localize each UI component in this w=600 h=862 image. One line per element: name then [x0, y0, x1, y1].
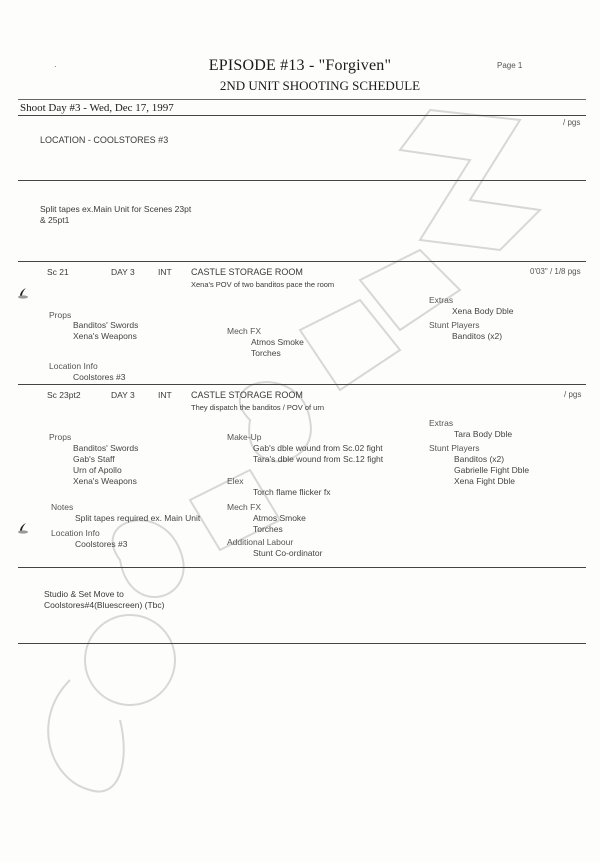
- scene-number: Sc 21: [47, 267, 69, 277]
- extras-label: Extras: [429, 295, 453, 305]
- mech-fx-item: Torches: [251, 348, 281, 358]
- make-up-item: Tara's dble wound from Sc.12 fight: [253, 454, 383, 464]
- split-tapes-note-line-1: Split tapes ex.Main Unit for Scenes 23pt: [40, 204, 191, 214]
- stunt-players-label: Stunt Players: [429, 443, 480, 453]
- scene-int-ext: INT: [158, 390, 172, 400]
- set-move-line-2: Coolstores#4(Bluescreen) (Tbc): [44, 600, 164, 610]
- divider: [18, 384, 586, 385]
- page-number: Page 1: [497, 61, 522, 70]
- extras-item: Tara Body Dble: [454, 429, 512, 439]
- stunt-player-item: Xena Fight Dble: [454, 476, 515, 486]
- prop-item: Banditos' Swords: [73, 320, 138, 330]
- elex-label: Elex: [227, 476, 244, 486]
- scene-day: DAY 3: [111, 267, 135, 277]
- props-label: Props: [49, 310, 71, 320]
- split-tapes-note-line-2: & 25pt1: [40, 215, 69, 225]
- scene-description: Xena's POV of two banditos pace the room: [191, 280, 334, 289]
- additional-labour-item: Stunt Co-ordinator: [253, 548, 322, 558]
- scene-day: DAY 3: [111, 390, 135, 400]
- scene-set: CASTLE STORAGE ROOM: [191, 390, 303, 400]
- mech-fx-label: Mech FX: [227, 502, 261, 512]
- location-pages: / pgs: [563, 118, 580, 127]
- quill-icon: [17, 522, 29, 534]
- location-info-label: Location Info: [51, 528, 100, 538]
- mech-fx-item: Atmos Smoke: [253, 513, 306, 523]
- shoot-day-heading: Shoot Day #3 - Wed, Dec 17, 1997: [20, 102, 174, 114]
- notes-item: Split tapes required ex. Main Unit: [75, 513, 200, 523]
- scene-length: / pgs: [564, 390, 581, 399]
- prop-item: Xena's Weapons: [73, 476, 137, 486]
- stunt-player-item: Banditos (x2): [454, 454, 504, 464]
- location-heading: LOCATION - COOLSTORES #3: [40, 135, 168, 145]
- divider: [18, 567, 586, 568]
- notes-label: Notes: [51, 502, 73, 512]
- set-move-line-1: Studio & Set Move to: [44, 589, 124, 599]
- extras-label: Extras: [429, 418, 453, 428]
- prop-item: Banditos' Swords: [73, 443, 138, 453]
- divider: [18, 180, 586, 181]
- stunt-player-item: Banditos (x2): [452, 331, 502, 341]
- elex-item: Torch flame flicker fx: [253, 487, 330, 497]
- scene-set: CASTLE STORAGE ROOM: [191, 267, 303, 277]
- extras-item: Xena Body Dble: [452, 306, 513, 316]
- divider: [18, 261, 586, 262]
- stunt-player-item: Gabrielle Fight Dble: [454, 465, 529, 475]
- make-up-item: Gab's dble wound from Sc.02 fight: [253, 443, 383, 453]
- location-info-label: Location Info: [49, 361, 98, 371]
- scene-int-ext: INT: [158, 267, 172, 277]
- location-info-item: Coolstores #3: [75, 539, 127, 549]
- scene-description: They dispatch the banditos / POV of urn: [191, 403, 324, 412]
- divider: [18, 643, 586, 644]
- mech-fx-item: Atmos Smoke: [251, 337, 304, 347]
- mech-fx-label: Mech FX: [227, 326, 261, 336]
- quill-icon: [17, 287, 29, 299]
- mech-fx-item: Torches: [253, 524, 283, 534]
- scene-number: Sc 23pt2: [47, 390, 81, 400]
- divider: [18, 115, 586, 116]
- additional-labour-label: Additional Labour: [227, 537, 293, 547]
- prop-item: Xena's Weapons: [73, 331, 137, 341]
- divider: [18, 99, 586, 100]
- make-up-label: Make-Up: [227, 432, 261, 442]
- scene-length: 0'03" / 1/8 pgs: [530, 267, 581, 276]
- prop-item: Urn of Apollo: [73, 465, 122, 475]
- prop-item: Gab's Staff: [73, 454, 115, 464]
- stunt-players-label: Stunt Players: [429, 320, 480, 330]
- props-label: Props: [49, 432, 71, 442]
- location-info-item: Coolstores #3: [73, 372, 125, 382]
- schedule-subtitle: 2ND UNIT SHOOTING SCHEDULE: [0, 78, 600, 94]
